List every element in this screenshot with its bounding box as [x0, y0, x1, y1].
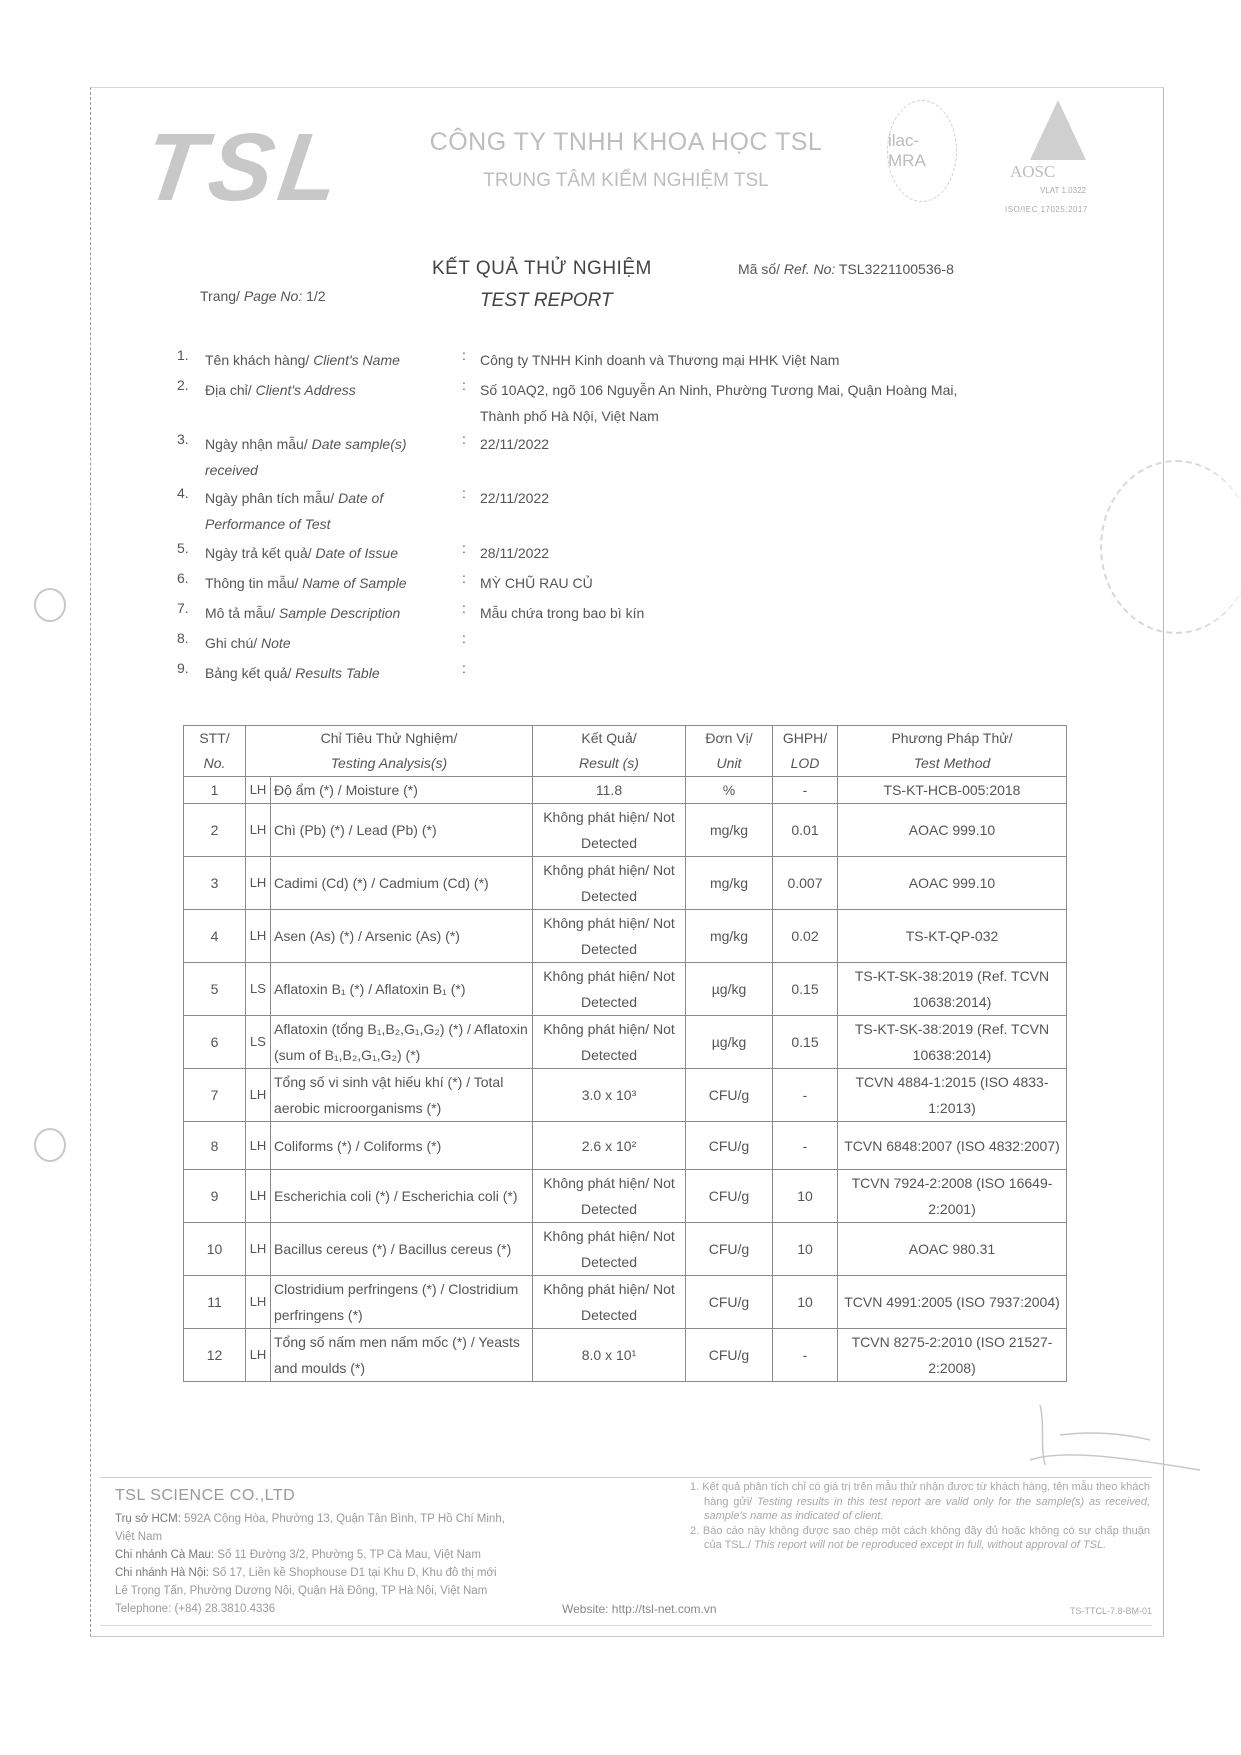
cell-result: 11.8: [533, 777, 686, 804]
cell-lab: LS: [246, 1016, 271, 1069]
cell-analysis: Clostridium perfringens (*) / Clostridiu…: [271, 1276, 533, 1329]
cell-lod: 0.15: [773, 963, 838, 1016]
table-row: 11LHClostridium perfringens (*) / Clostr…: [184, 1276, 1067, 1329]
cell-result: Không phát hiện/ Not Detected: [533, 1170, 686, 1223]
cell-lod: 0.01: [773, 804, 838, 857]
results-table: STT/No. Chỉ Tiêu Thử Nghiệm/Testing Anal…: [183, 725, 1067, 1382]
cell-result: 3.0 x 10³: [533, 1069, 686, 1122]
cell-lod: -: [773, 1069, 838, 1122]
footer-hanoi-address-line2: Lê Trọng Tấn, Phường Dương Nội, Quận Hà …: [115, 1585, 487, 1597]
info-label: Ngày nhận mẫu/ Date sample(s) received: [205, 431, 445, 483]
cell-unit: CFU/g: [686, 1223, 773, 1276]
cell-lab: LH: [246, 777, 271, 804]
info-value: MỲ CHŨ RAU CỦ: [480, 570, 1120, 596]
cell-lab: LH: [246, 1276, 271, 1329]
aosc-triangle-icon: [1030, 100, 1086, 160]
info-label: Địa chỉ/ Client's Address: [205, 377, 445, 403]
footer-camau-address: Chi nhánh Cà Mau: Số 11 Đường 3/2, Phườn…: [115, 1549, 481, 1561]
aosc-logo: AOSC VLAT 1.0322: [1000, 100, 1120, 190]
footer-hq-address-line2: Việt Nam: [115, 1531, 162, 1543]
cell-no: 12: [184, 1329, 246, 1382]
info-label: Tên khách hàng/ Client's Name: [205, 347, 445, 373]
footer-company: TSL SCIENCE CO.,LTD: [115, 1487, 295, 1505]
cell-result: Không phát hiện/ Not Detected: [533, 1016, 686, 1069]
table-row: 5LSAflatoxin B₁ (*) / Aflatoxin B₁ (*)Kh…: [184, 963, 1067, 1016]
company-stamp: [1100, 460, 1241, 634]
cell-lab: LH: [246, 1223, 271, 1276]
cell-method: TCVN 7924-2:2008 (ISO 16649-2:2001): [838, 1170, 1067, 1223]
cell-lod: 10: [773, 1223, 838, 1276]
info-value: 22/11/2022: [480, 485, 1120, 511]
company-name: CÔNG TY TNHH KHOA HỌC TSL: [406, 128, 846, 157]
table-row: 9LHEscherichia coli (*) / Escherichia co…: [184, 1170, 1067, 1223]
info-label: Ghi chú/ Note: [205, 630, 445, 656]
footer-website-link[interactable]: Website: http://tsl-net.com.vn: [562, 1602, 717, 1616]
ilac-mra-logo: ilac-MRA: [887, 100, 957, 202]
cell-lab: LH: [246, 1122, 271, 1170]
footer-hanoi-address: Chi nhánh Hà Nội: Số 17, Liền kề Shophou…: [115, 1567, 497, 1579]
cell-no: 6: [184, 1016, 246, 1069]
cell-lab: LS: [246, 963, 271, 1016]
cell-unit: µg/kg: [686, 1016, 773, 1069]
cell-result: 8.0 x 10¹: [533, 1329, 686, 1382]
cell-result: Không phát hiện/ Not Detected: [533, 910, 686, 963]
cell-method: TS-KT-QP-032: [838, 910, 1067, 963]
cell-analysis: Độ ẩm (*) / Moisture (*): [271, 777, 533, 804]
reference-number: Mã số/ Ref. No: TSL3221100536-8: [738, 261, 954, 277]
cell-no: 7: [184, 1069, 246, 1122]
cell-no: 9: [184, 1170, 246, 1223]
form-code: TS-TTCL-7.8-BM-01: [1070, 1606, 1152, 1616]
signature: [1000, 1395, 1230, 1475]
cell-method: TCVN 6848:2007 (ISO 4832:2007): [838, 1122, 1067, 1170]
cell-lod: -: [773, 777, 838, 804]
table-row: 12LHTổng số nấm men nấm mốc (*) / Yeasts…: [184, 1329, 1067, 1382]
table-row: 8LHColiforms (*) / Coliforms (*)2.6 x 10…: [184, 1122, 1067, 1170]
cell-method: TCVN 8275-2:2010 (ISO 21527-2:2008): [838, 1329, 1067, 1382]
cell-no: 1: [184, 777, 246, 804]
cell-result: Không phát hiện/ Not Detected: [533, 804, 686, 857]
cell-analysis: Asen (As) (*) / Arsenic (As) (*): [271, 910, 533, 963]
info-label: Ngày phân tích mẫu/ Date of Performance …: [205, 485, 445, 537]
report-title-vn: KẾT QUẢ THỬ NGHIỆM: [432, 258, 652, 280]
cell-method: TS-KT-SK-38:2019 (Ref. TCVN 10638:2014): [838, 963, 1067, 1016]
cell-unit: mg/kg: [686, 910, 773, 963]
cell-lod: 10: [773, 1170, 838, 1223]
cell-no: 3: [184, 857, 246, 910]
report-title-en: TEST REPORT: [480, 290, 613, 312]
cell-analysis: Escherichia coli (*) / Escherichia coli …: [271, 1170, 533, 1223]
info-value: Mẫu chứa trong bao bì kín: [480, 600, 1120, 626]
cell-method: AOAC 980.31: [838, 1223, 1067, 1276]
cell-result: Không phát hiện/ Not Detected: [533, 1223, 686, 1276]
cell-analysis: Chì (Pb) (*) / Lead (Pb) (*): [271, 804, 533, 857]
info-value: Số 10AQ2, ngõ 106 Nguyễn An Ninh, Phường…: [480, 377, 1120, 429]
footer-notes: 1. Kết quả phân tích chỉ có giá trị trên…: [690, 1480, 1150, 1553]
cell-analysis: Tổng số vi sinh vật hiếu khí (*) / Total…: [271, 1069, 533, 1122]
cell-lod: -: [773, 1329, 838, 1382]
cell-method: AOAC 999.10: [838, 804, 1067, 857]
cell-no: 11: [184, 1276, 246, 1329]
cell-unit: CFU/g: [686, 1069, 773, 1122]
page-number: Trang/ Page No: 1/2: [200, 288, 326, 304]
info-value: Công ty TNHH Kinh doanh và Thương mại HH…: [480, 347, 1120, 373]
cell-unit: µg/kg: [686, 963, 773, 1016]
cell-analysis: Bacillus cereus (*) / Bacillus cereus (*…: [271, 1223, 533, 1276]
cell-lab: LH: [246, 1329, 271, 1382]
cell-unit: mg/kg: [686, 857, 773, 910]
cell-lod: 0.02: [773, 910, 838, 963]
cell-method: TS-KT-SK-38:2019 (Ref. TCVN 10638:2014): [838, 1016, 1067, 1069]
table-row: 10LHBacillus cereus (*) / Bacillus cereu…: [184, 1223, 1067, 1276]
cell-lod: 0.007: [773, 857, 838, 910]
info-value: 28/11/2022: [480, 540, 1120, 566]
cell-no: 5: [184, 963, 246, 1016]
iso-standard: ISO/IEC 17025:2017: [1005, 205, 1088, 214]
cell-no: 8: [184, 1122, 246, 1170]
cell-no: 4: [184, 910, 246, 963]
footer-bottom-divider: [100, 1625, 1152, 1626]
table-row: 1LHĐộ ẩm (*) / Moisture (*)11.8%-TS-KT-H…: [184, 777, 1067, 804]
cell-lab: LH: [246, 804, 271, 857]
cell-lab: LH: [246, 910, 271, 963]
cell-lab: LH: [246, 1069, 271, 1122]
cell-unit: CFU/g: [686, 1122, 773, 1170]
center-name: TRUNG TÂM KIỂM NGHIỆM TSL: [406, 170, 846, 192]
cell-analysis: Cadimi (Cd) (*) / Cadmium (Cd) (*): [271, 857, 533, 910]
table-row: 2LHChì (Pb) (*) / Lead (Pb) (*)Không phá…: [184, 804, 1067, 857]
header-analysis: Chỉ Tiêu Thử Nghiệm/Testing Analysis(s): [246, 726, 533, 777]
punch-hole: [34, 1128, 66, 1162]
cell-result: Không phát hiện/ Not Detected: [533, 857, 686, 910]
cell-analysis: Aflatoxin B₁ (*) / Aflatoxin B₁ (*): [271, 963, 533, 1016]
cell-result: 2.6 x 10²: [533, 1122, 686, 1170]
info-label: Thông tin mẫu/ Name of Sample: [205, 570, 445, 596]
footer-divider: [100, 1477, 1152, 1478]
tsl-logo: TSL: [138, 120, 351, 216]
header-unit: Đơn Vị/Unit: [686, 726, 773, 777]
cell-analysis: Aflatoxin (tổng B₁,B₂,G₁,G₂) (*) / Aflat…: [271, 1016, 533, 1069]
table-row: 7LHTổng số vi sinh vật hiếu khí (*) / To…: [184, 1069, 1067, 1122]
cell-result: Không phát hiện/ Not Detected: [533, 963, 686, 1016]
cell-result: Không phát hiện/ Not Detected: [533, 1276, 686, 1329]
table-row: 3LHCadimi (Cd) (*) / Cadmium (Cd) (*)Khô…: [184, 857, 1067, 910]
header-no: STT/No.: [184, 726, 246, 777]
cell-no: 2: [184, 804, 246, 857]
cell-unit: %: [686, 777, 773, 804]
info-label: Ngày trả kết quả/ Date of Issue: [205, 540, 445, 566]
header-lod: GHPH/LOD: [773, 726, 838, 777]
cell-method: TCVN 4991:2005 (ISO 7937:2004): [838, 1276, 1067, 1329]
header-result: Kết Quả/Result (s): [533, 726, 686, 777]
cell-unit: CFU/g: [686, 1170, 773, 1223]
footer-note-2: 2. Báo cáo này không được sao chép một c…: [690, 1524, 1150, 1553]
cell-analysis: Tổng số nấm men nấm mốc (*) / Yeasts and…: [271, 1329, 533, 1382]
cell-no: 10: [184, 1223, 246, 1276]
cell-method: TCVN 4884-1:2015 (ISO 4833-1:2013): [838, 1069, 1067, 1122]
cell-unit: CFU/g: [686, 1329, 773, 1382]
cell-lod: 10: [773, 1276, 838, 1329]
table-row: 4LHAsen (As) (*) / Arsenic (As) (*)Không…: [184, 910, 1067, 963]
punch-hole: [34, 588, 66, 622]
info-value: 22/11/2022: [480, 431, 1120, 457]
cell-method: AOAC 999.10: [838, 857, 1067, 910]
cell-method: TS-KT-HCB-005:2018: [838, 777, 1067, 804]
table-row: 6LSAflatoxin (tổng B₁,B₂,G₁,G₂) (*) / Af…: [184, 1016, 1067, 1069]
cell-unit: mg/kg: [686, 804, 773, 857]
footer-note-1: 1. Kết quả phân tích chỉ có giá trị trên…: [690, 1480, 1150, 1524]
cell-lab: LH: [246, 1170, 271, 1223]
cell-analysis: Coliforms (*) / Coliforms (*): [271, 1122, 533, 1170]
cell-lod: -: [773, 1122, 838, 1170]
cell-unit: CFU/g: [686, 1276, 773, 1329]
info-label: Mô tả mẫu/ Sample Description: [205, 600, 445, 626]
header-method: Phương Pháp Thử/Test Method: [838, 726, 1067, 777]
cell-lab: LH: [246, 857, 271, 910]
info-label: Bảng kết quả/ Results Table: [205, 660, 445, 686]
footer-hq-address: Trụ sở HCM: 592A Cộng Hòa, Phường 13, Qu…: [115, 1513, 505, 1525]
footer-telephone: Telephone: (+84) 28.3810.4336: [115, 1603, 275, 1615]
table-header-row: STT/No. Chỉ Tiêu Thử Nghiệm/Testing Anal…: [184, 726, 1067, 777]
cell-lod: 0.15: [773, 1016, 838, 1069]
